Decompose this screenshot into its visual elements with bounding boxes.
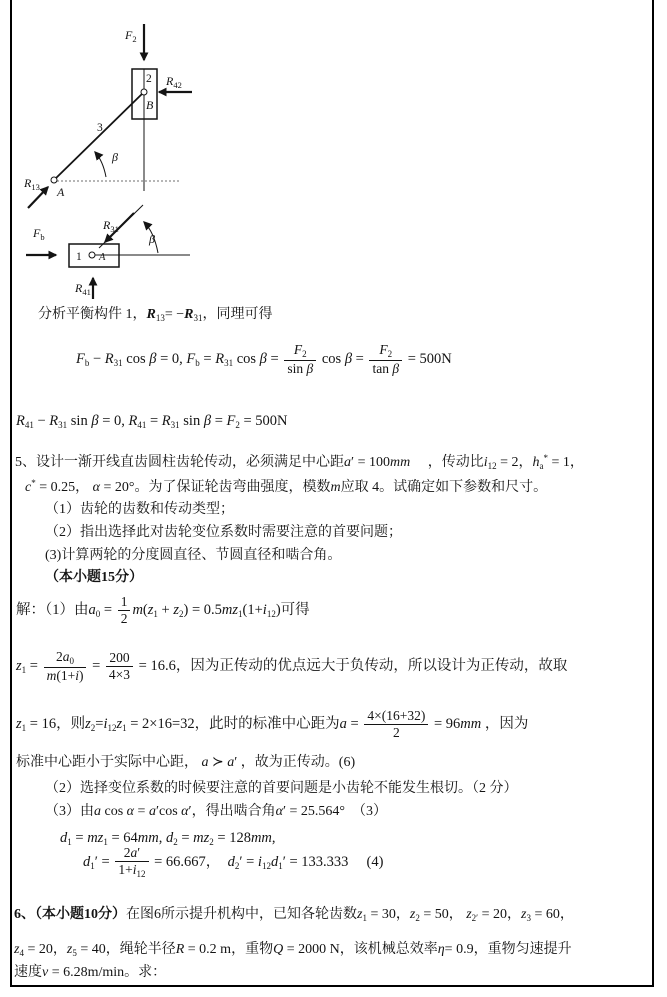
text-run: m: [132, 602, 142, 618]
text-run: a: [149, 804, 156, 819]
beta-angle-arc-top: [95, 152, 106, 177]
question5-line1: 5、设计一渐开线直齿圆柱齿轮传动，必须满足中心距a′ = 100mm ，传动比i…: [15, 453, 584, 472]
question6-line3: 速度v = 6.28m/min。求：: [14, 964, 166, 982]
text-run: = 40，绳轮半径: [77, 942, 176, 957]
text-run: mm: [460, 716, 481, 732]
text-run: F: [186, 351, 195, 367]
text-run: （3）由: [45, 804, 94, 819]
text-run: mm: [390, 455, 410, 470]
mechanism-force-diagram: F2 2 R42 B 3 β R13 A Fb: [0, 0, 260, 312]
text-run: 解：（1）由: [16, 602, 89, 618]
text-run: η: [438, 942, 445, 957]
label-beta-top: β: [111, 150, 118, 164]
label-fb: Fb: [32, 226, 45, 242]
text-run: = 500N: [404, 351, 452, 367]
text-run: 4×3: [109, 667, 130, 682]
text-run: F: [76, 351, 85, 367]
solution-step1: 解：（1）由a0 = 12m(z1 + z2) = 0.5mz1(1+i12)可…: [16, 595, 310, 626]
joint-a-bottom: [89, 252, 95, 258]
label-joint-b: B: [146, 98, 154, 112]
text-run: = 0.9，重物匀速提升: [445, 942, 572, 957]
text-run: ，传动比: [410, 455, 484, 470]
question5-item3: (3)计算两轮的分度圆直径、节圆直径和啮合角。: [45, 547, 341, 565]
subscript: 41: [25, 420, 34, 430]
text-run: ，因为: [481, 716, 528, 732]
label-r41: R41: [74, 281, 91, 297]
text-run: (1+: [243, 602, 263, 618]
text-run: = 60，: [531, 907, 574, 922]
text-run: sin: [287, 361, 306, 376]
text-run: R: [162, 413, 171, 429]
text-run: 速度: [14, 965, 42, 980]
text-run: cos: [318, 351, 345, 367]
text-run: R: [105, 351, 114, 367]
text-run: ′ = 100: [351, 455, 390, 470]
text-run: cos: [233, 351, 260, 367]
subscript: 31: [171, 420, 180, 430]
subscript: 12: [137, 869, 146, 879]
text-run: a: [94, 804, 101, 819]
text-run: ′ ，故为正传动。(6): [234, 755, 355, 770]
text-run: sin: [180, 413, 204, 429]
text-run: = 0,: [99, 413, 129, 429]
text-run: R: [49, 413, 58, 429]
label-joint-a-top: A: [56, 185, 65, 199]
fraction: F2sin β: [284, 343, 316, 377]
label-r42: R42: [165, 74, 182, 90]
text-run: R: [176, 942, 185, 957]
text-run: = 50，: [420, 907, 466, 922]
text-run: 4×(16+32): [367, 708, 425, 723]
text-run: ′ =: [95, 854, 114, 870]
subscript: 31: [58, 420, 67, 430]
link3-line: [54, 92, 144, 180]
text-run: 标准中心距小于实际中心距，: [16, 755, 202, 770]
z1-calculation: z1 = 2a0m(1+i) = 2004×3 = 16.6，因为正传动的优点远…: [16, 650, 567, 684]
text-run: m: [47, 668, 57, 683]
text-run: ) = 0.5: [184, 602, 222, 618]
text-run: =: [72, 830, 87, 846]
text-run: 2: [56, 649, 63, 664]
subscript: 41: [137, 420, 146, 430]
text-run: = 2000 N，该机械总效率: [283, 942, 438, 957]
text-run: ′ =: [239, 854, 258, 870]
text-run: 2: [393, 725, 400, 740]
text-run: mm: [251, 830, 272, 846]
diameter-line2: d1′ = 2a′1+i12 = 66.667， d2′ = i12d1′ = …: [83, 846, 383, 880]
text-run: = 2×16=32，此时的标准中心距为: [127, 716, 340, 732]
text-run: 应取 4。试确定如下参数和尺寸。: [341, 480, 548, 495]
text-run: =: [134, 804, 149, 819]
label-beta-bottom: β: [148, 232, 155, 246]
text-run: a: [89, 602, 96, 618]
text-run: d: [228, 854, 235, 870]
subscript: 12: [488, 461, 497, 471]
text-run: α: [181, 804, 188, 819]
text-run: =: [267, 351, 282, 367]
fraction: 4×(16+32)2: [364, 709, 428, 740]
figure-top: F2 2 R42 B 3 β R13 A: [23, 24, 192, 208]
text-run: = 128: [214, 830, 251, 846]
text-run: （本小题15分）: [45, 570, 143, 585]
text-run: = 30，: [367, 907, 410, 922]
text-run: = 16.6，因为正传动的优点远大于负传动，所以设计为正传动，故取: [135, 658, 567, 674]
joint-b: [141, 89, 147, 95]
text-run: = 1，: [548, 455, 584, 470]
z2-calculation: z1 = 16，则z2=i12z1 = 2×16=32，此时的标准中心距为a =…: [16, 709, 528, 740]
text-run: = 20°。为了保证轮齿弯曲强度，模数: [100, 480, 331, 495]
text-run: F: [379, 342, 387, 357]
text-run: = 96: [430, 716, 460, 732]
label-r13: R13: [23, 176, 40, 192]
question5-item1: （1）齿轮的齿数和传动类型；: [45, 501, 234, 519]
question5-line2: c* = 0.25， α = 20°。为了保证轮齿弯曲强度，模数m应取 4。试确…: [25, 478, 547, 497]
text-run: (1+: [56, 668, 75, 683]
text-run: 2: [121, 611, 128, 626]
text-run: h: [533, 455, 540, 470]
text-run: ,: [159, 830, 166, 846]
text-run: ′ = 25.564° （3）: [283, 804, 387, 819]
text-run: = 6.28m/min。求：: [48, 965, 166, 980]
label-joint-a-bottom: A: [98, 252, 106, 263]
text-run: a: [63, 649, 70, 664]
text-run: ′ = 133.333 (4): [283, 854, 384, 870]
fraction: F2tan β: [369, 343, 402, 377]
fraction: 2a0m(1+i): [44, 650, 87, 684]
text-run: = 66.667，: [151, 854, 228, 870]
text-run: ，同理可得: [202, 307, 272, 322]
question6-line1: 6、（本小题10分）在图6所示提升机构中，已知各轮齿数z1 = 30，z2 = …: [14, 906, 574, 924]
text-run: ,: [272, 830, 276, 846]
text-run: β: [91, 413, 98, 429]
text-run: =: [211, 413, 226, 429]
text-run: ′cos: [156, 804, 181, 819]
text-run: mz: [193, 830, 209, 846]
subscript: 0: [70, 656, 75, 666]
subscript: 31: [114, 358, 123, 368]
label-block2: 2: [146, 73, 152, 85]
joint-a-top: [51, 177, 57, 183]
subscript: 2: [388, 349, 393, 359]
subscript: 31: [224, 358, 233, 368]
analysis-intro-line: 分析平衡构件 1，R13= −R31，同理可得: [38, 306, 272, 324]
text-run: −: [89, 351, 104, 367]
text-run: β: [204, 413, 211, 429]
text-run: ′，得出啮合角: [189, 804, 276, 819]
text-run: 在图6所示提升机构中，已知各轮齿数: [126, 907, 357, 922]
text-run: =: [26, 658, 41, 674]
text-run: α: [127, 804, 134, 819]
text-run: =: [200, 351, 215, 367]
text-run: = 0,: [156, 351, 186, 367]
fraction: 12: [118, 595, 131, 626]
fraction: 2a′1+i12: [115, 846, 148, 880]
text-run: R: [147, 307, 156, 322]
text-run: = 64: [108, 830, 138, 846]
text-run: m: [330, 480, 340, 495]
label-f2: F2: [124, 28, 137, 44]
text-run: R: [215, 351, 224, 367]
text-run: β: [260, 351, 267, 367]
center-distance-conclusion: 标准中心距小于实际中心距， a ≻ a′ ，故为正传动。(6): [16, 754, 355, 772]
text-run: tan: [372, 361, 392, 376]
text-run: cos: [101, 804, 127, 819]
text-run: ′: [137, 845, 140, 860]
text-run: Q: [273, 942, 283, 957]
text-run: mm: [138, 830, 159, 846]
text-run: −: [34, 413, 49, 429]
text-run: mz: [87, 830, 103, 846]
r41-formula: R41 − R31 sin β = 0, R41 = R31 sin β = F…: [16, 412, 288, 431]
text-run: =: [347, 716, 362, 732]
label-r31: R31: [102, 218, 119, 234]
text-run: （1）齿轮的齿数和传动类型；: [45, 502, 234, 517]
text-run: 200: [109, 650, 129, 665]
text-run: )可得: [276, 602, 310, 618]
text-run: = 0.2 m，重物: [184, 942, 273, 957]
text-run: = 500N: [240, 413, 288, 429]
fraction: 2004×3: [106, 651, 133, 682]
question5-item2: （2）指出选择此对齿轮变位系数时需要注意的首要问题；: [45, 524, 402, 542]
text-run: （2）选择变位系数的时候要注意的首要问题是小齿轮不能发生根切。（2 分）: [45, 781, 518, 796]
text-run: α: [93, 480, 100, 495]
text-run: =: [100, 602, 115, 618]
text-run: 6、（本小题10分）: [14, 907, 126, 922]
text-run: 分析平衡构件 1，: [38, 307, 147, 322]
text-run: α: [276, 804, 283, 819]
text-run: 1: [121, 594, 128, 609]
text-run: = 0.25，: [36, 480, 93, 495]
text-run: R: [16, 413, 25, 429]
text-run: = 20，: [24, 942, 67, 957]
question5-score: （本小题15分）: [45, 569, 143, 587]
text-run: ≻: [209, 755, 228, 770]
text-run: a: [202, 755, 209, 770]
text-run: = 16，则: [26, 716, 85, 732]
subscript: 12: [262, 861, 271, 871]
page: F2 2 R42 B 3 β R13 A Fb: [0, 0, 667, 997]
text-run: ): [79, 668, 84, 683]
text-run: a: [344, 455, 351, 470]
question6-line2: z4 = 20，z5 = 40，绳轮半径R = 0.2 m，重物Q = 2000…: [14, 941, 572, 959]
text-run: 1+: [118, 862, 132, 877]
subscript: 2: [302, 349, 307, 359]
subscript: 12: [267, 609, 276, 619]
text-run: =: [178, 830, 193, 846]
text-run: +: [158, 602, 173, 618]
text-run: =: [88, 658, 103, 674]
text-run: 5、设计一渐开线直齿圆柱齿轮传动，必须满足中心距: [15, 455, 344, 470]
answer-item2: （2）选择变位系数的时候要注意的首要问题是小齿轮不能发生根切。（2 分）: [45, 780, 518, 798]
text-run: =: [352, 351, 367, 367]
text-run: mz: [222, 602, 238, 618]
answer-item3: （3）由a cos α = a′cos α′，得出啮合角α′ = 25.564°…: [45, 803, 387, 821]
force-balance-formula: Fb − R31 cos β = 0, Fb = R31 cos β = F2s…: [76, 343, 452, 377]
text-run: = 2，: [497, 455, 533, 470]
text-run: = 20，: [478, 907, 521, 922]
figure-bottom: Fb 1 A R31 β R41: [26, 205, 190, 299]
label-link3: 3: [97, 122, 103, 134]
text-run: cos: [123, 351, 150, 367]
text-run: (3)计算两轮的分度圆直径、节圆直径和啮合角。: [45, 548, 341, 563]
subscript: 13: [156, 313, 165, 323]
text-run: β: [306, 361, 313, 376]
text-run: β: [392, 361, 399, 376]
text-run: （2）指出选择此对齿轮变位系数时需要注意的首要问题；: [45, 525, 402, 540]
text-run: sin: [67, 413, 91, 429]
text-run: = −: [165, 307, 184, 322]
text-run: a: [340, 716, 347, 732]
text-run: =: [146, 413, 161, 429]
text-run: β: [345, 351, 352, 367]
label-block1: 1: [76, 251, 82, 263]
text-run: F: [294, 342, 302, 357]
